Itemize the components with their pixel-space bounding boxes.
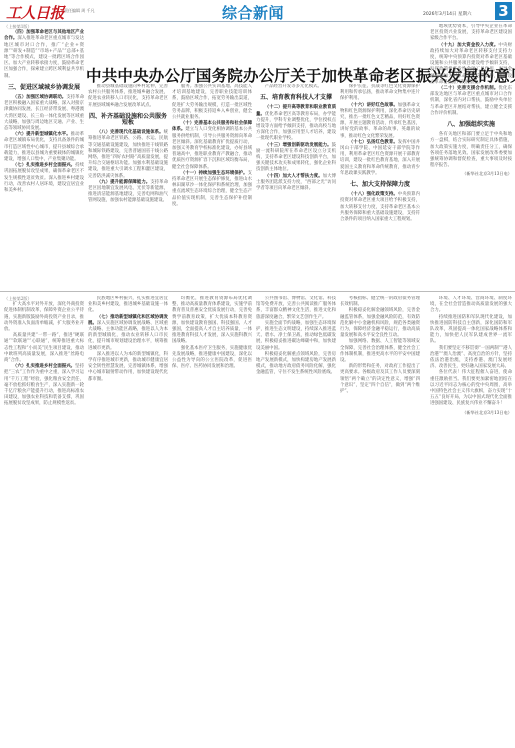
top-article-column-4: 产品经营开发等多元化模式。五、培育教育科技人才支撑（十二）提升高等教育和职业教育…: [256, 84, 336, 289]
paragraph: 强化基本医疗卫生服务，实施健康优先发展战略，推进健康中国建设，深化以公益性为导向…: [172, 346, 252, 371]
paragraph: 深入推进以人为本的新型城镇化，科学有序推进城市更新，推动城市健康宜居安全韧性智慧…: [88, 352, 168, 383]
paragraph: 加强网络、数据、人工智能等领域安全保障，完善社会治理体系，健全社会工作体制机制，…: [340, 339, 420, 364]
top-article-column-6: 地域优势资本，引导中央企业在革命老区投资兴业发展，支持革命老区建设国家级合作平台…: [430, 24, 512, 289]
paragraph-text: 发挥中国井冈山干部学院、中国延安干部学院等作用，利用革命老区红色资源开展干部教育…: [340, 140, 420, 176]
paragraph-text: 支持革命老区积极融入国家重大战略，深入对接京津冀协同发展、长江经济带发展、粤港澳…: [4, 95, 84, 131]
subsection-paragraph: （十二）提升高等教育和职业教育质量。优化革命老区高等教育布局，办学能力提升，学科…: [256, 105, 336, 142]
source-signature: （新华社北京3月13日电）: [430, 171, 512, 177]
editor-credit: 责任编辑 周 千凡: [64, 8, 95, 14]
paragraph-text: 加强革命文物和红色资源保护利用，深化革命历史研究，推出一批红色文艺精品，用好红色…: [340, 103, 420, 139]
newspaper-logo: 工人日报: [6, 2, 64, 23]
section-heading: 四、补齐基础设施和公共服务短板: [88, 114, 168, 126]
paragraph-text: 建立与人口变化相协调的基本公共服务供给机制，引导公共服务资源向革命老区倾斜。深化…: [172, 127, 252, 169]
paragraph-text: 深入实施区域协调发展战略、区域重大战略、主体功能区战略，推进以人为本的新型城镇化…: [88, 321, 168, 351]
section-title: 综合新闻: [222, 2, 284, 23]
subsection-lead: （六）提升新型城镇化水平。: [13, 132, 71, 137]
subsection-paragraph: （七）扎实推进乡村全面振兴。持续巩固拓展脱贫攻坚成果，确保革命老区不发生规模性返…: [4, 163, 84, 194]
top-article-column-2: 推动县城基础设施向乡村延伸，完善农村公共服务体系，推进城乡融合发展，促进农业转移…: [88, 84, 168, 289]
bottom-article-column-3: 均衡化，推进教育资源布局优化调整，推动高质量教育体系建设，实施学前教育普及普惠安…: [172, 296, 252, 746]
subsection-paragraph: （六）扎实推进乡村全面振兴。坚持把“三农”工作作为重中之重，深入学习运用“千万工…: [4, 364, 84, 407]
subsection-lead: （十六）讲好红色故事。: [349, 103, 398, 108]
paragraph-text: 支持革命老区开展生态保护修复，推进山水林田湖草沙一体化保护和系统治理，加强重点流…: [172, 171, 252, 207]
page-number-badge: 3: [495, 2, 512, 20]
paragraph: 积极稳妥化解金融领域风险，完善金融监管体系，加强金融风险防范，有效防范化解中小金…: [340, 308, 420, 339]
paragraph: 均衡化，推进教育资源布局优化调整，推动高质量教育体系建设，实施学前教育普及普惠安…: [172, 296, 252, 346]
paragraph-text: 统筹推进革命老区铁路、公路、水运、民航等交通基础设施建设，加快推进干线铁路和城际…: [88, 130, 168, 178]
subsection-paragraph: （十七）弘扬红色教育。发挥中国井冈山干部学院、中国延安干部学院等作用，利用革命老…: [340, 140, 420, 177]
subsection-lead: （六）扎实推进乡村全面振兴。: [13, 364, 75, 369]
top-article-column-5: 保护长征、抗战等红色文化资源保护利用和传承弘扬，推动革命文物集中连片保护利用。（…: [340, 84, 420, 289]
paragraph: 我们要坚定不移贯彻“一国两制”“港人治港”“澳人治澳”、高度自治的方针，坚持依法…: [430, 346, 512, 371]
subsection-paragraph: （二十）完善支援合作机制。优化东部发达地区与革命老区重点城市对口合作机制，深化省…: [430, 86, 512, 117]
paragraph-text: 深入推进革命老区重点城市与发达地区城市对口合作，推广“企业+资源”“研发+制造”…: [4, 36, 84, 78]
paragraph: 扩大高水平对外开放，深化外商投资促进体制机制改革，保障外资企业公平待遇，实施新版…: [4, 302, 84, 333]
subsection-paragraph: （五）加强区域协调联动。支持革命老区积极融入国家重大战略，深入对接京津冀协同发展…: [4, 95, 84, 132]
subsection-paragraph: （六）提升新型城镇化水平。推动革命老区城镇布局优化，支持具备条件的城市打造区域性…: [4, 132, 84, 163]
section-heading: 八、加强组织实施: [430, 122, 512, 128]
subsection-lead: （十九）加大资金投入力度。: [439, 43, 499, 48]
bottom-article-column-2: 民族地区乡村振兴，扎实推进宜居宜业和美乡村建设，推进城乡基础设施一体化。（七）推…: [88, 296, 168, 746]
source-signature: （新华社北京3月13日电）: [430, 410, 512, 416]
paragraph: 持续推进国防和军队现代化建设，加快推进国防科技自主创新，深化国防和军队改革，巩固…: [430, 315, 512, 346]
paragraph: 各有关地区和部门要立足于中央和地方一盘棋，结合实际研究制定具体措施，加大政策实施…: [430, 132, 512, 169]
section-heading: 五、培育教育科技人才支撑: [256, 95, 336, 101]
section-heading: 三、促进区域城乡协调发展: [4, 85, 84, 91]
paragraph: 积极稳妥化解重点领域风险，完善房地产发展新模式，加快构建房地产发展新模式，推动地…: [256, 352, 336, 377]
subsection-paragraph: （十九）加大资金投入力度。中央财政持续加大对革命老区转移支付支持力度，统筹中央预…: [430, 43, 512, 86]
paragraph: 考核指标、健全统一的政府债务管理长效机制。: [340, 296, 420, 308]
paragraph: 实施全面节约战略，加强生态环境保护，推进生态文明建设，持续深入推进蓝天、碧水、净…: [256, 321, 336, 352]
subsection-paragraph: （十一）持续加强生态环境保护。支持革命老区开展生态保护修复，推进山水林田湖草沙一…: [172, 171, 252, 208]
subsection-lead: （十七）弘扬红色教育。: [349, 140, 398, 145]
publication-date: 2026年3月14日 星期六: [423, 11, 471, 17]
subsection-lead: （八）完善现代化基础设施体系。: [97, 130, 164, 135]
paragraph: 各位代表！伟大征程催人奋进，使命重任激励担当。我们要更加紧密地团结在以习近平同志…: [430, 370, 512, 407]
masthead: 工人日报 责任编辑 周 千凡 综合新闻 2026年3月14日 星期六 3: [0, 0, 515, 22]
subsection-paragraph: （八）完善现代化基础设施体系。统筹推进革命老区铁路、公路、水运、民航等交通基础设…: [88, 130, 168, 180]
bottom-article-column-5: 考核指标、健全统一的政府债务管理长效机制。积极稳妥化解金融领域风险，完善金融监管…: [340, 296, 420, 746]
article-divider: [0, 291, 515, 292]
subsection-paragraph: （十三）增强创新驱动发展能力。鼓励一流科研院所在革命老区设立分支机构，支持革命老…: [256, 143, 336, 174]
subsection-paragraph: （十四）加大人才帮扶力度。加大博士服务团选派支持力度，“西部之光”访问学者等项目…: [256, 174, 336, 193]
paragraph-text: 优化革命老区高等教育布局，办学能力提升，学科专业调整优化，学位授权点增设等方面给…: [256, 112, 336, 142]
subsection-paragraph: （九）提升能源保障能力。支持革命老区因地制宜发展风电、光伏等新能源，推进清洁能源…: [88, 180, 168, 205]
paragraph: 推动县城基础设施向乡村延伸，完善农村公共服务体系，推进城乡融合发展，促进农业转移…: [88, 84, 168, 109]
paragraph-text: 坚持把“三农”工作作为重中之重，深入学习运用“千万工程”经验，强化粮食安全责任，…: [4, 364, 84, 406]
subsection-lead: （十八）强化政策支持。: [349, 192, 398, 197]
subsection-paragraph: （四）加强革命老区与其他地区产业合作。深入推进革命老区重点城市与发达地区城市对口…: [4, 30, 84, 80]
subsection-lead: （十一）持续加强生态环境保护。: [181, 171, 248, 176]
paragraph: 地域优势资本，引导中央企业在革命老区投资兴业发展，支持革命老区建设国家级合作平台…: [430, 24, 512, 43]
paragraph: 高质量共建“一带一路”，推进“硬联通”“软联通”“心联通”，统筹推进重大标志性工…: [4, 333, 84, 364]
paragraph: 公共图书馆、博物馆、文化馆、科技馆等免费开放，完善公共阅读推广服务体系，丰富群众…: [256, 296, 336, 321]
paragraph-text: 中央财政持续加大对革命老区转移支付支持力度，统筹中央预算内投资对革命老区基础设施…: [430, 43, 512, 85]
subsection-lead: （七）扎实推进乡村全面振兴。: [13, 163, 75, 168]
bottom-article-column-4: 公共图书馆、博物馆、文化馆、科技馆等免费开放，完善公共阅读推广服务体系，丰富群众…: [256, 296, 336, 746]
paragraph: 产品经营开发等多元化模式。: [256, 84, 336, 90]
top-article-column-1: （上接第1版）（四）加强革命老区与其他地区产业合作。深入推进革命老区重点城市与发…: [4, 24, 84, 289]
bottom-article-column-6: 环境、人才环境、营商环境、制度环境，在全社会营造推动高质量发展的强大合力。持续推…: [430, 296, 512, 746]
subsection-paragraph: （十八）强化政策支持。中央预算内投资对革命老区重大项目给予积极支持，加大转移支付…: [340, 192, 420, 223]
paragraph: 新的形势和任务，对政府工作提出了更高要求。各级政府及其工作人员要深刻领悟“两个确…: [340, 364, 420, 395]
subsection-lead: （十三）增强创新驱动发展能力。: [265, 143, 332, 148]
paragraph: 环境、人才环境、营商环境、制度环境，在全社会营造推动高质量发展的强大合力。: [430, 296, 512, 315]
paragraph: 民族地区乡村振兴，扎实推进宜居宜业和美乡村建设，推进城乡基础设施一体化。: [88, 296, 168, 315]
top-article-column-3: 服务。加强公共实训基地、高技能人才培训基地建设，完善职业技能培训体系，鼓励区域合…: [172, 84, 252, 289]
bottom-article-column-1: （上接第2版）扩大高水平对外开放，深化外商投资促进体制机制改革，保障外资企业公平…: [4, 296, 84, 746]
section-heading: 七、加大支持保障力度: [340, 182, 420, 188]
subsection-lead: （二十）完善支援合作机制。: [439, 86, 499, 91]
article-headline: 中共中央办公厅国务院办公厅关于加快革命老区振兴发展的意见: [86, 64, 426, 86]
subsection-paragraph: （十）完善基本公共服务和社会保障体系。建立与人口变化相协调的基本公共服务供给机制…: [172, 121, 252, 171]
subsection-lead: （五）加强区域协调联动。: [13, 95, 66, 100]
subsection-lead: （九）提升能源保障能力。: [97, 180, 150, 185]
paragraph: 服务。加强公共实训基地、高技能人才培训基地建设，完善职业技能培训体系，鼓励区域合…: [172, 84, 252, 121]
paragraph: 保护长征、抗战等红色文化资源保护利用和传承弘扬，推动革命文物集中连片保护利用。: [340, 84, 420, 103]
subsection-paragraph: （十六）讲好红色故事。加强革命文物和红色资源保护利用，深化革命历史研究，推出一批…: [340, 103, 420, 140]
subsection-lead: （十四）加大人才帮扶力度。: [265, 174, 323, 179]
subsection-paragraph: （七）推动新型城镇化和区域协调发展。深入实施区域协调发展战略、区域重大战略、主体…: [88, 315, 168, 352]
